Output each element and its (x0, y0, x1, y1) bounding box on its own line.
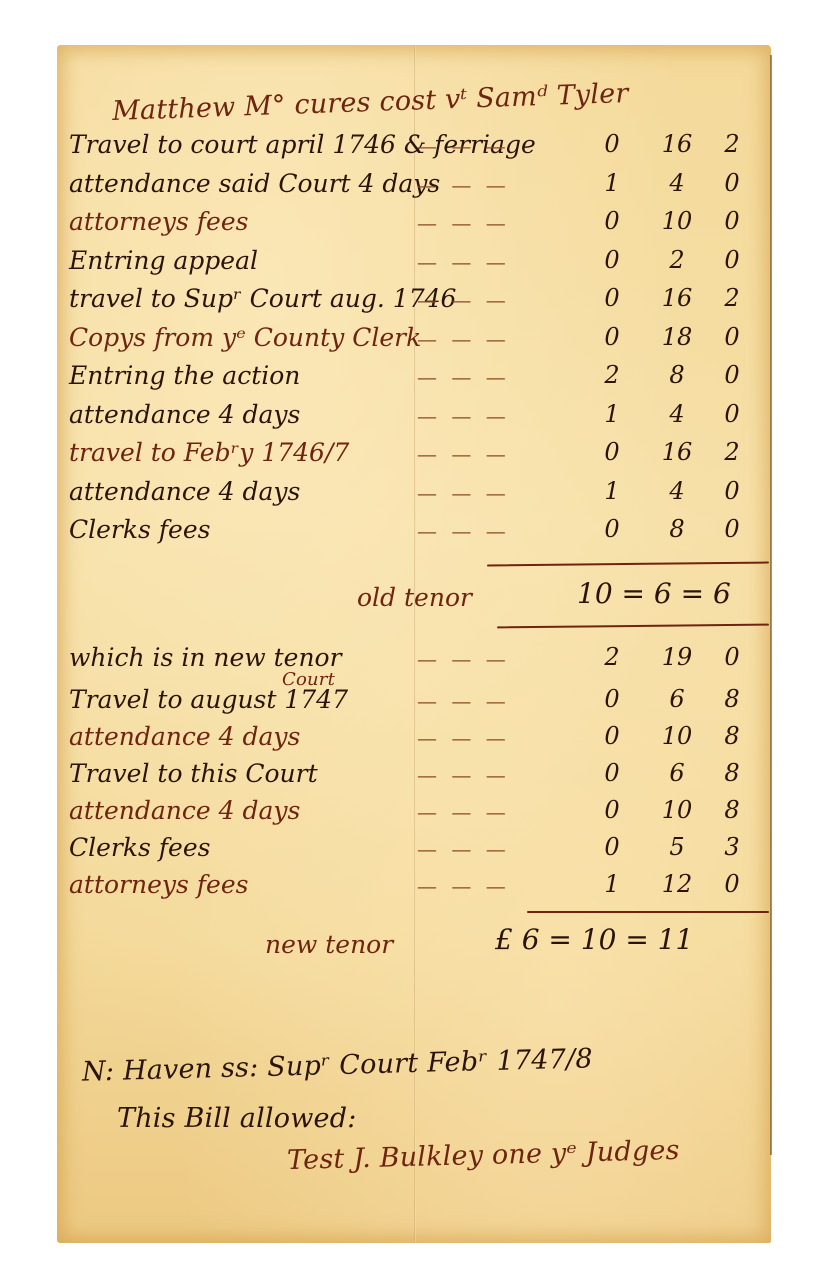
amount-shillings: 16 (647, 130, 707, 158)
court-line: N: Haven ss: Supʳ Court Febʳ 1747/8 (82, 1043, 593, 1087)
amount-pence: 2 (712, 438, 752, 466)
leader-dashes: — — — (417, 134, 510, 158)
old-tenor-total: 10 = 6 = 6 (577, 577, 731, 610)
amount-pence: 0 (712, 361, 752, 389)
item-description: Copys from yᵉ County Clerk (69, 323, 421, 352)
item-description: attendance 4 days (69, 477, 300, 506)
item-description: attendance said Court 4 days (69, 169, 440, 198)
leader-dashes: — — — (417, 442, 510, 466)
leader-dashes: — — — (417, 211, 510, 235)
amount-pounds: 2 (597, 361, 627, 389)
manuscript-page: Matthew M° cures cost vᵗ Samᵈ Tyler Trav… (57, 45, 771, 1243)
attest-signature: Test J. Bulkley one yᵉ Judges (287, 1135, 680, 1176)
ledger-row: travel to Supʳ Court aug. 1746— — —0162 (57, 284, 771, 322)
amount-pence: 8 (712, 759, 752, 787)
leader-dashes: — — — (417, 519, 510, 543)
ledger-row: attendance said Court 4 days— — —140 (57, 169, 771, 207)
amount-shillings: 6 (647, 759, 707, 787)
leader-dashes: — — — (417, 288, 510, 312)
amount-pounds: 1 (597, 477, 627, 505)
item-description: attorneys fees (69, 870, 248, 899)
amount-shillings: 6 (647, 685, 707, 713)
amount-shillings: 2 (647, 246, 707, 274)
item-superscript: Court (282, 669, 335, 690)
ledger-row: travel to Febʳy 1746/7— — —0162 (57, 438, 771, 476)
item-description: attendance 4 days (69, 796, 300, 825)
leader-dashes: — — — (417, 874, 510, 898)
leader-dashes: — — — (417, 173, 510, 197)
amount-shillings: 10 (647, 722, 707, 750)
ledger-row: Copys from yᵉ County Clerk— — —0180 (57, 323, 771, 361)
bill-title: Matthew M° cures cost vᵗ Samᵈ Tyler (112, 78, 629, 127)
ledger-row: attendance 4 days— — —0108 (57, 796, 771, 834)
ledger-row: attendance 4 days— — —140 (57, 477, 771, 515)
leader-dashes: — — — (417, 647, 510, 671)
item-description: Travel to this Court (69, 759, 318, 788)
ledger-row: attorneys fees— — —0100 (57, 207, 771, 245)
amount-shillings: 4 (647, 477, 707, 505)
amount-pence: 0 (712, 643, 752, 671)
amount-pounds: 0 (597, 722, 627, 750)
item-description: attendance 4 days (69, 400, 300, 429)
ledger-row: attendance 4 days— — —140 (57, 400, 771, 438)
ledger-row: Entring appeal— — —020 (57, 246, 771, 284)
leader-dashes: — — — (417, 837, 510, 861)
ledger-row: attorneys fees— — —1120 (57, 870, 771, 908)
amount-pounds: 1 (597, 400, 627, 428)
leader-dashes: — — — (417, 689, 510, 713)
leader-dashes: — — — (417, 726, 510, 750)
amount-pence: 0 (712, 515, 752, 543)
ledger-row: Travel to august 1747Court— — —068 (57, 685, 771, 723)
leader-dashes: — — — (417, 481, 510, 505)
item-description: travel to Febʳy 1746/7 (69, 438, 349, 467)
amount-shillings: 16 (647, 284, 707, 312)
amount-pence: 0 (712, 400, 752, 428)
amount-shillings: 18 (647, 323, 707, 351)
amount-pounds: 0 (597, 323, 627, 351)
amount-shillings: 12 (647, 870, 707, 898)
new-tenor-total: £ 6 = 10 = 11 (495, 923, 693, 956)
amount-shillings: 8 (647, 515, 707, 543)
ledger-row: Travel to court april 1746 & ferriage— —… (57, 130, 771, 168)
amount-shillings: 16 (647, 438, 707, 466)
amount-pence: 2 (712, 130, 752, 158)
amount-pounds: 1 (597, 169, 627, 197)
item-description: Clerks fees (69, 833, 210, 862)
leader-dashes: — — — (417, 404, 510, 428)
leader-dashes: — — — (417, 365, 510, 389)
amount-pounds: 0 (597, 284, 627, 312)
leader-dashes: — — — (417, 327, 510, 351)
ledger-row: Clerks fees— — —053 (57, 833, 771, 871)
leader-dashes: — — — (417, 763, 510, 787)
amount-shillings: 10 (647, 796, 707, 824)
subtotal-rule-top (487, 562, 769, 567)
ledger-row: Travel to this Court— — —068 (57, 759, 771, 797)
amount-pounds: 0 (597, 796, 627, 824)
item-description: Entring appeal (69, 246, 258, 275)
old-tenor-label: old tenor (357, 583, 472, 612)
amount-pounds: 2 (597, 643, 627, 671)
amount-shillings: 19 (647, 643, 707, 671)
amount-pence: 8 (712, 685, 752, 713)
item-description: attendance 4 days (69, 722, 300, 751)
amount-pence: 8 (712, 722, 752, 750)
item-description: Clerks fees (69, 515, 210, 544)
ledger-row: which is in new tenor— — —2190 (57, 643, 771, 681)
amount-pounds: 0 (597, 515, 627, 543)
item-description: travel to Supʳ Court aug. 1746 (69, 284, 456, 313)
amount-pounds: 1 (597, 870, 627, 898)
ledger-row: attendance 4 days— — —0108 (57, 722, 771, 760)
total-rule (527, 911, 769, 913)
item-description: which is in new tenor (69, 643, 342, 672)
item-description: attorneys fees (69, 207, 248, 236)
amount-pence: 0 (712, 246, 752, 274)
amount-shillings: 8 (647, 361, 707, 389)
amount-pounds: 0 (597, 685, 627, 713)
amount-pence: 2 (712, 284, 752, 312)
amount-pence: 0 (712, 323, 752, 351)
item-description: Entring the action (69, 361, 300, 390)
amount-shillings: 10 (647, 207, 707, 235)
amount-pence: 0 (712, 477, 752, 505)
amount-pounds: 0 (597, 438, 627, 466)
amount-shillings: 4 (647, 169, 707, 197)
leader-dashes: — — — (417, 250, 510, 274)
allowed-line: This Bill allowed: (117, 1103, 357, 1134)
leader-dashes: — — — (417, 800, 510, 824)
amount-pence: 0 (712, 169, 752, 197)
amount-pence: 0 (712, 870, 752, 898)
amount-pence: 3 (712, 833, 752, 861)
amount-pence: 8 (712, 796, 752, 824)
amount-pounds: 0 (597, 207, 627, 235)
new-tenor-label: new tenor (265, 930, 393, 959)
ledger-row: Entring the action— — —280 (57, 361, 771, 399)
amount-pounds: 0 (597, 130, 627, 158)
amount-pounds: 0 (597, 833, 627, 861)
ledger-row: Clerks fees— — —080 (57, 515, 771, 553)
amount-shillings: 4 (647, 400, 707, 428)
subtotal-rule-bottom (497, 624, 769, 629)
amount-pounds: 0 (597, 759, 627, 787)
amount-pounds: 0 (597, 246, 627, 274)
amount-shillings: 5 (647, 833, 707, 861)
amount-pence: 0 (712, 207, 752, 235)
